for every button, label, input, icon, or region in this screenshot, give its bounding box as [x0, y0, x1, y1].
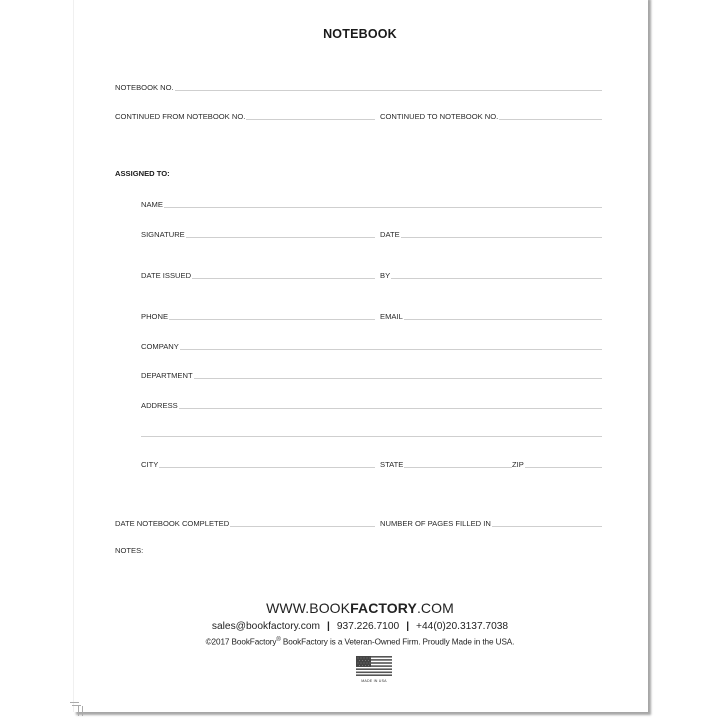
by-label: BY: [380, 271, 391, 280]
sales-email: sales@bookfactory.com: [212, 621, 320, 632]
notebook-no-field[interactable]: NOTEBOOK NO.: [115, 80, 602, 92]
continued-from-label: CONTINUED FROM NOTEBOOK NO.: [115, 112, 246, 121]
name-label: NAME: [141, 200, 164, 209]
department-field[interactable]: DEPARTMENT: [141, 368, 602, 380]
company-label: COMPANY: [141, 342, 180, 351]
continued-to-line[interactable]: [499, 119, 602, 120]
zip-field[interactable]: ZIP: [512, 457, 602, 469]
date-issued-field[interactable]: DATE ISSUED: [141, 268, 375, 280]
email-field[interactable]: EMAIL: [380, 309, 602, 321]
uk-phone: +44(0)20.3137.7038: [416, 621, 508, 632]
state-label: STATE: [380, 460, 404, 469]
notebook-no-label: NOTEBOOK NO.: [115, 83, 175, 92]
website-url: WWW.BOOKFACTORY.COM: [0, 600, 720, 616]
us-phone: 937.226.7100: [337, 621, 399, 632]
url-brand: FACTORY: [350, 600, 417, 616]
address-line-2[interactable]: [141, 436, 602, 437]
notebook-no-line[interactable]: [175, 90, 602, 91]
url-suffix: .COM: [417, 600, 454, 616]
date-issued-label: DATE ISSUED: [141, 271, 192, 280]
continued-to-label: CONTINUED TO NOTEBOOK NO.: [380, 112, 499, 121]
state-line[interactable]: [404, 467, 512, 468]
continued-from-line[interactable]: [246, 119, 375, 120]
by-line[interactable]: [391, 278, 602, 279]
address-label: ADDRESS: [141, 401, 179, 410]
city-line[interactable]: [159, 467, 375, 468]
state-field[interactable]: STATE: [380, 457, 512, 469]
name-line[interactable]: [164, 207, 602, 208]
address-field[interactable]: ADDRESS: [141, 398, 602, 410]
pages-filled-line[interactable]: [492, 526, 602, 527]
page-title: NOTEBOOK: [0, 27, 720, 41]
pages-filled-label: NUMBER OF PAGES FILLED IN: [380, 519, 492, 528]
email-line[interactable]: [404, 319, 602, 320]
date-issued-line[interactable]: [192, 278, 375, 279]
us-flag-icon: [356, 656, 392, 676]
company-line[interactable]: [180, 349, 602, 350]
date-completed-field[interactable]: DATE NOTEBOOK COMPLETED: [115, 516, 375, 528]
continued-from-field[interactable]: CONTINUED FROM NOTEBOOK NO.: [115, 109, 375, 121]
separator: |: [406, 621, 409, 632]
date-label: DATE: [380, 230, 401, 239]
zip-label: ZIP: [512, 460, 525, 469]
by-field[interactable]: BY: [380, 268, 602, 280]
phone-label: PHONE: [141, 312, 169, 321]
city-field[interactable]: CITY: [141, 457, 375, 469]
pages-filled-field[interactable]: NUMBER OF PAGES FILLED IN: [380, 516, 602, 528]
signature-label: SIGNATURE: [141, 230, 186, 239]
signature-field[interactable]: SIGNATURE: [141, 227, 375, 239]
email-label: EMAIL: [380, 312, 404, 321]
company-field[interactable]: COMPANY: [141, 339, 602, 351]
phone-line[interactable]: [169, 319, 375, 320]
copyright-prefix: ©2017 BookFactory: [206, 638, 277, 647]
name-field[interactable]: NAME: [141, 197, 602, 209]
continued-to-field[interactable]: CONTINUED TO NOTEBOOK NO.: [380, 109, 602, 121]
page-corner-mark: [70, 700, 92, 718]
date-completed-label: DATE NOTEBOOK COMPLETED: [115, 519, 230, 528]
separator: |: [327, 621, 330, 632]
phone-field[interactable]: PHONE: [141, 309, 375, 321]
date-line[interactable]: [401, 237, 602, 238]
department-label: DEPARTMENT: [141, 371, 194, 380]
copyright-suffix: BookFactory is a Veteran-Owned Firm. Pro…: [281, 638, 515, 647]
date-completed-line[interactable]: [230, 526, 375, 527]
department-line[interactable]: [194, 378, 602, 379]
notes-label: NOTES:: [115, 546, 143, 555]
copyright-line: ©2017 BookFactory® BookFactory is a Vete…: [0, 637, 720, 647]
assigned-to-heading: ASSIGNED TO:: [115, 169, 170, 178]
city-label: CITY: [141, 460, 159, 469]
made-in-usa-label: MADE IN USA: [348, 679, 400, 683]
address-line[interactable]: [179, 408, 602, 409]
signature-line[interactable]: [186, 237, 375, 238]
contact-line: sales@bookfactory.com|937.226.7100|+44(0…: [0, 621, 720, 632]
date-field[interactable]: DATE: [380, 227, 602, 239]
url-prefix: WWW.BOOK: [266, 600, 350, 616]
zip-line[interactable]: [525, 467, 602, 468]
